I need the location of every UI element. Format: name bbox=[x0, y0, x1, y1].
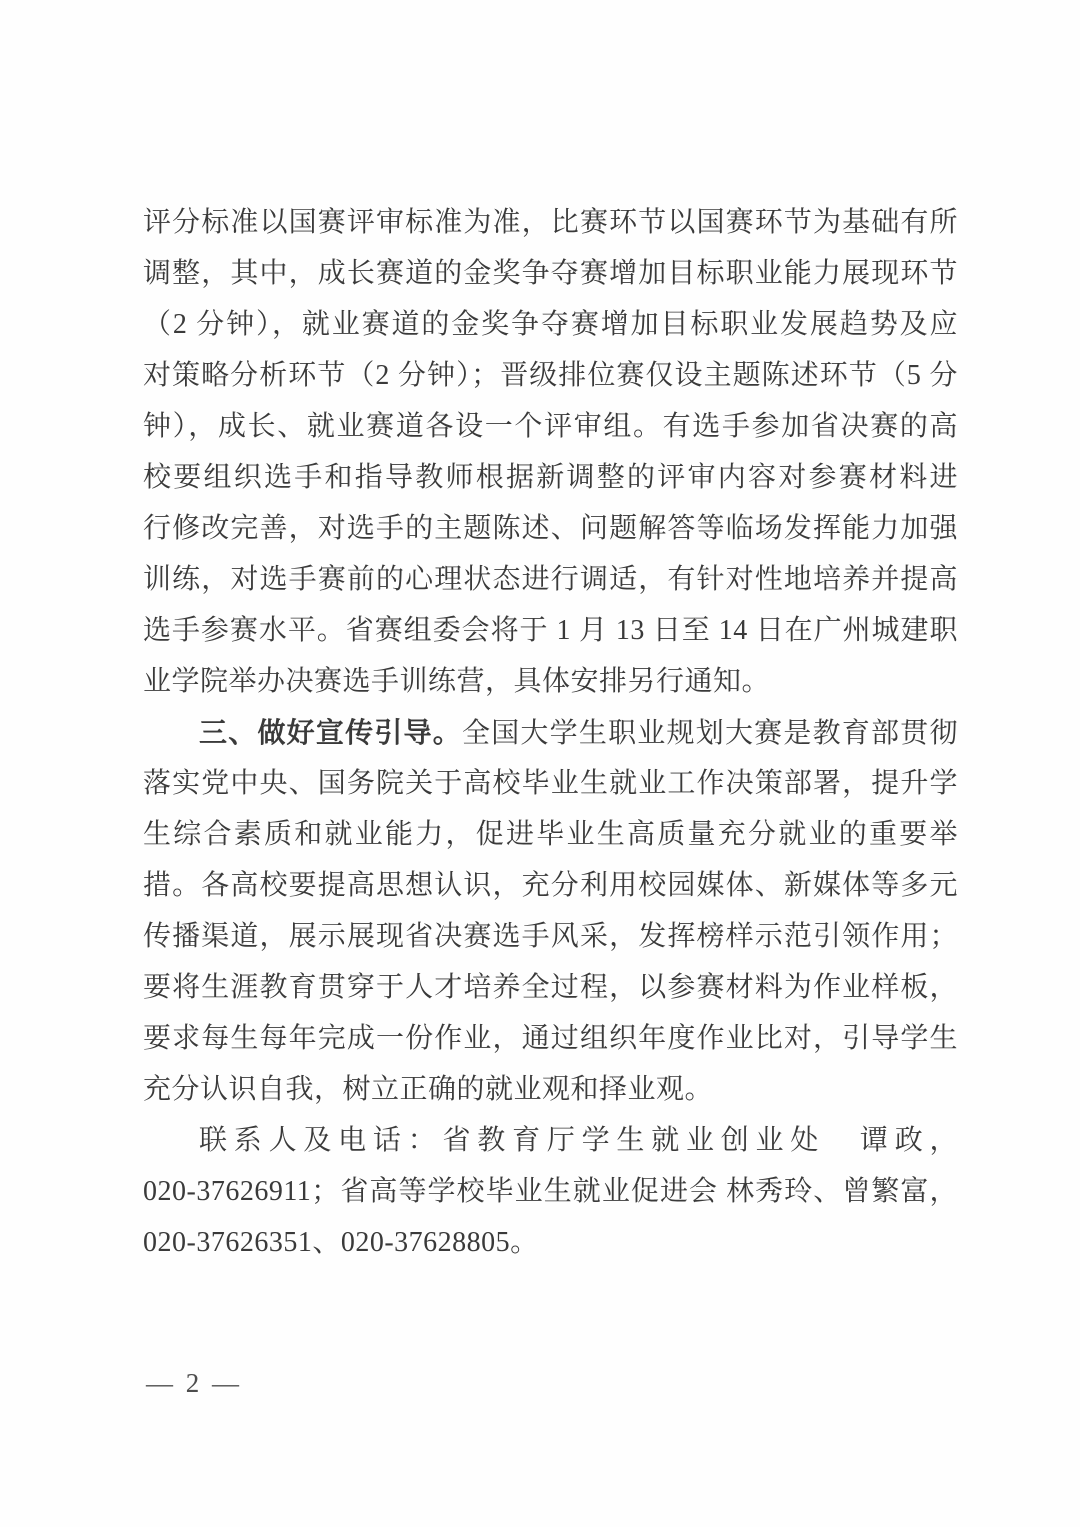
text-line: 评分标准以国赛评审标准为准，比赛环节以国赛环节为基础有所 bbox=[143, 197, 958, 248]
paragraph-competition-arrangements: 评分标准以国赛评审标准为准，比赛环节以国赛环节为基础有所调整，其中，成长赛道的金… bbox=[143, 197, 958, 707]
text-line: 选手参赛水平。省赛组委会将于 1 月 13 日至 14 日在广州城建职 bbox=[143, 605, 958, 656]
document-page: 评分标准以国赛评审标准为准，比赛环节以国赛环节为基础有所调整，其中，成长赛道的金… bbox=[0, 0, 1080, 1527]
text-line: 落实党中央、国务院关于高校毕业生就业工作决策部署，提升学 bbox=[143, 758, 958, 809]
text-line: 训练，对选手赛前的心理状态进行调适，有针对性地培养并提高 bbox=[143, 554, 958, 605]
text-line: 要求每生每年完成一份作业，通过组织年度作业比对，引导学生 bbox=[143, 1013, 958, 1064]
text-line: 对策略分析环节（2 分钟）；晋级排位赛仅设主题陈述环节（5 分 bbox=[143, 350, 958, 401]
text-line: 联系人及电话：省教育厅学生就业创业处 谭政， bbox=[143, 1115, 958, 1166]
paragraph-contacts: 联系人及电话：省教育厅学生就业创业处 谭政，020-37626911；省高等学校… bbox=[143, 1115, 958, 1268]
text-line: 业学院举办决赛选手训练营，具体安排另行通知。 bbox=[143, 656, 958, 707]
text-line: 三、做好宣传引导。全国大学生职业规划大赛是教育部贯彻 bbox=[143, 707, 958, 758]
text-line: 行修改完善，对选手的主题陈述、问题解答等临场发挥能力加强 bbox=[143, 503, 958, 554]
text-line: 措。各高校要提高思想认识，充分利用校园媒体、新媒体等多元 bbox=[143, 860, 958, 911]
text-line: 充分认识自我，树立正确的就业观和择业观。 bbox=[143, 1064, 958, 1115]
paragraph-publicity-guidance: 三、做好宣传引导。全国大学生职业规划大赛是教育部贯彻落实党中央、国务院关于高校毕… bbox=[143, 707, 958, 1115]
text-line: （2 分钟），就业赛道的金奖争夺赛增加目标职业发展趋势及应 bbox=[143, 299, 958, 350]
text-line: 校要组织选手和指导教师根据新调整的评审内容对参赛材料进 bbox=[143, 452, 958, 503]
text-segment: 全国大学生职业规划大赛是教育部贯彻 bbox=[462, 718, 958, 749]
page-number: — 2 — bbox=[146, 1368, 242, 1398]
page-footer: — 2 — bbox=[146, 1358, 242, 1409]
text-line: 钟），成长、就业赛道各设一个评审组。有选手参加省决赛的高 bbox=[143, 401, 958, 452]
text-line: 生综合素质和就业能力，促进毕业生高质量充分就业的重要举 bbox=[143, 809, 958, 860]
text-line: 调整，其中，成长赛道的金奖争夺赛增加目标职业能力展现环节 bbox=[143, 248, 958, 299]
text-line: 传播渠道，展示展现省决赛选手风采，发挥榜样示范引领作用； bbox=[143, 911, 958, 962]
section-heading-text: 三、做好宣传引导。 bbox=[199, 717, 462, 748]
document-body: 评分标准以国赛评审标准为准，比赛环节以国赛环节为基础有所调整，其中，成长赛道的金… bbox=[143, 197, 958, 1268]
text-line: 020-37626911；省高等学校毕业生就业促进会 林秀玲、曾繁富， bbox=[143, 1166, 958, 1217]
text-line: 020-37626351、020-37628805。 bbox=[143, 1217, 958, 1268]
text-line: 要将生涯教育贯穿于人才培养全过程，以参赛材料为作业样板， bbox=[143, 962, 958, 1013]
